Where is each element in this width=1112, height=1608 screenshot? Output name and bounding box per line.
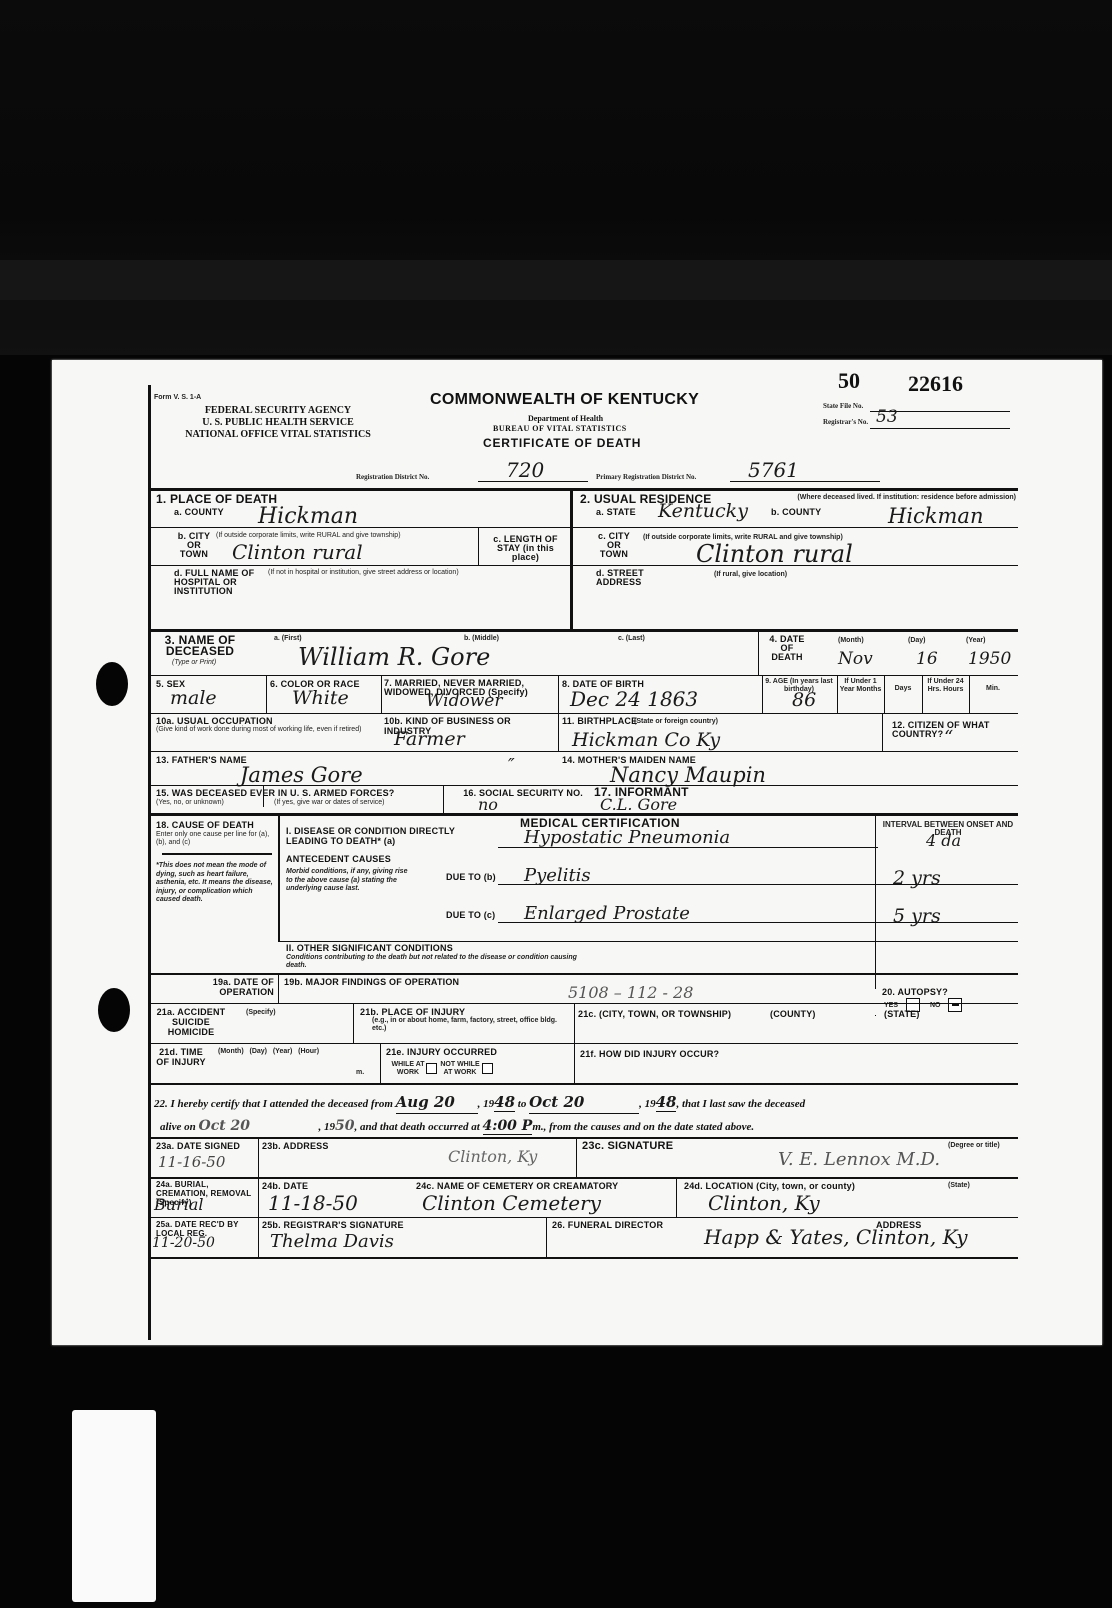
document-title: COMMONWEALTH OF KENTUCKY — [430, 391, 699, 409]
due-to-c-label: DUE TO (c) — [446, 910, 495, 921]
cause-footnote: *This does not mean the mode of dying, s… — [156, 862, 278, 905]
registrar-signature-value: Thelma Davis — [270, 1231, 394, 1252]
not-at-work-checkbox[interactable] — [482, 1063, 493, 1074]
interval-a-value: 4 da — [926, 831, 961, 850]
from-year-value: 48 — [494, 1093, 515, 1112]
pod-county-label: a. COUNTY — [174, 507, 224, 518]
agency-line: FEDERAL SECURITY AGENCY — [148, 405, 408, 417]
pod-hospital-label: d. FULL NAME OF HOSPITAL OR INSTITUTION — [174, 569, 269, 596]
to-year-prefix: , 19 — [639, 1098, 656, 1110]
age-months-label: If Under 1 Year Months — [838, 678, 883, 694]
sex-value: male — [170, 687, 217, 709]
at-work-label: WHILE AT WORK — [388, 1061, 428, 1077]
agency-block: FEDERAL SECURITY AGENCY U. S. PUBLIC HEA… — [148, 405, 408, 441]
pod-hospital-note: (If not in hospital or institution, give… — [268, 569, 558, 577]
other-conditions-label: II. OTHER SIGNIFICANT CONDITIONS — [286, 943, 453, 954]
to-label: to — [518, 1098, 527, 1110]
injury-county-label: (COUNTY) — [770, 1009, 816, 1020]
middle-name-label: b. (Middle) — [464, 635, 499, 643]
armed-forces-label: 15. WAS DECEASED EVER IN U. S. ARMED FOR… — [156, 788, 395, 799]
race-value: White — [292, 687, 349, 709]
time-columns: (Month) (Day) (Year) (Hour) — [218, 1048, 319, 1056]
antecedent-label: ANTECEDENT CAUSES — [286, 854, 391, 865]
res-county-value: Hickman — [888, 504, 983, 528]
cert-text-3: , and that death occurred at — [354, 1121, 479, 1133]
primary-reg-district-value: 5761 — [748, 458, 799, 482]
last-name-label: c. (Last) — [618, 635, 645, 643]
certification-statement: 22. I hereby certify that I attended the… — [154, 1091, 1014, 1138]
attended-to-value: Oct 20 — [529, 1091, 639, 1114]
cert-text-2: , that I last saw the deceased — [676, 1098, 805, 1110]
cause-note: Enter only one cause per line for (a), (… — [156, 831, 276, 847]
operation-date-label: 19a. DATE OF OPERATION — [156, 977, 274, 997]
due-to-b-label: DUE TO (b) — [446, 872, 496, 883]
date-of-death-label: 4. DATE OF DEATH — [766, 635, 808, 662]
reg-district-label: Registration District No. — [356, 473, 429, 481]
dod-month-value: Nov — [838, 649, 873, 669]
cause-line-a-label: I. DISEASE OR CONDITION DIRECTLY LEADING… — [286, 826, 466, 846]
cause-b-value: Pyelitis — [524, 865, 591, 886]
other-conditions-note: Conditions contributing to the death but… — [286, 954, 586, 970]
autopsy-no-checkbox[interactable] — [948, 998, 962, 1012]
certificate-subtitle: CERTIFICATE OF DEATH — [483, 436, 641, 450]
informant-value: C.L. Gore — [600, 795, 677, 814]
dod-day-label: (Day) — [908, 637, 926, 645]
cause-a-value: Hypostatic Pneumonia — [524, 827, 730, 848]
to-year-value: 48 — [656, 1093, 677, 1112]
registrar-no-value: 53 — [876, 407, 898, 427]
burial-state-label: (State) — [948, 1182, 970, 1190]
alive-year-prefix: , 19 — [319, 1121, 336, 1133]
birthplace-note: (State or foreign country) — [634, 718, 718, 726]
ssn-value: no — [478, 795, 498, 814]
pod-city-value: Clinton rural — [232, 540, 363, 564]
interval-b-value: 2 yrs — [893, 867, 941, 889]
burial-location-value: Clinton, Ky — [708, 1191, 820, 1215]
punch-hole-top — [96, 662, 128, 706]
armed-note-2: (If yes, give war or dates of service) — [274, 799, 384, 807]
cause-of-death-label: 18. CAUSE OF DEATH — [156, 820, 254, 831]
first-name-label: a. (First) — [274, 635, 302, 643]
cemetery-value: Clinton Cemetery — [422, 1191, 601, 1215]
accident-label: 21a. ACCIDENT SUICIDE HOMICIDE — [156, 1007, 226, 1037]
age-min-label: Min. — [970, 685, 1016, 693]
injury-state-label: (STATE) — [884, 1009, 920, 1020]
pod-stay-label: c. LENGTH OF STAY (in this place) — [483, 535, 568, 562]
alive-year-value: 50 — [335, 1118, 354, 1134]
time-m: m. — [356, 1069, 364, 1077]
age-hours-label: If Under 24 Hrs. Hours — [923, 678, 968, 694]
cert-text-1: 22. I hereby certify that I attended the… — [154, 1098, 393, 1110]
place-of-injury-note: (e.g., in or about home, farm, factory, … — [372, 1017, 572, 1033]
address-label: 23b. ADDRESS — [262, 1141, 329, 1152]
injury-city-label: 21c. (CITY, TOWN, OR TOWNSHIP) — [578, 1009, 731, 1020]
father-label: 13. FATHER'S NAME — [156, 755, 247, 766]
autopsy-label: 20. AUTOPSY? — [882, 987, 948, 998]
pod-city-note: (If outside corporate limits, write RURA… — [216, 532, 446, 540]
from-year-prefix: , 19 — [478, 1098, 495, 1110]
funeral-director-label: 26. FUNERAL DIRECTOR — [552, 1220, 663, 1231]
punch-hole-bottom — [98, 988, 130, 1032]
cert-text-4: m., from the causes and on the date stat… — [532, 1121, 754, 1133]
name-note: (Type or Print) — [172, 659, 216, 667]
ssn-label: 16. SOCIAL SECURITY NO. — [448, 788, 583, 798]
birthplace-label: 11. BIRTHPLACE — [562, 716, 637, 727]
operation-findings-label: 19b. MAJOR FINDINGS OF OPERATION — [284, 977, 459, 988]
funeral-director-value: Happ & Yates, Clinton, Ky — [704, 1225, 968, 1249]
primary-reg-district-label: Primary Registration District No. — [596, 473, 696, 481]
signature-label: 23c. SIGNATURE — [582, 1141, 673, 1152]
bureau: BUREAU OF VITAL STATISTICS — [493, 424, 627, 433]
accident-specify: (Specify) — [246, 1009, 276, 1017]
how-injury-label: 21f. HOW DID INJURY OCCUR? — [580, 1049, 719, 1060]
state-file-label: State File No. — [823, 402, 863, 410]
deceased-name-value: William R. Gore — [298, 643, 490, 671]
death-time-value: 4:00 P — [483, 1118, 533, 1135]
age-days-label: Days — [885, 685, 921, 693]
operation-findings-value: 5108 – 112 - 28 — [568, 983, 693, 1002]
burial-type-value: Burial — [154, 1195, 203, 1214]
interval-c-value: 5 yrs — [893, 905, 941, 927]
index-tab — [72, 1410, 156, 1602]
date-signed-label: 23a. DATE SIGNED — [156, 1141, 240, 1152]
res-city-label: c. CITY OR TOWN — [596, 532, 632, 559]
not-at-work-label: NOT WHILE AT WORK — [438, 1061, 482, 1077]
dod-year-value: 1950 — [968, 649, 1011, 669]
at-work-checkbox[interactable] — [426, 1063, 437, 1074]
dod-year-label: (Year) — [966, 637, 985, 645]
department: Department of Health — [528, 414, 603, 423]
res-street-note: (If rural, give location) — [714, 571, 787, 579]
degree-label: (Degree or title) — [948, 1142, 1000, 1150]
date-recd-value: 11-20-50 — [152, 1235, 215, 1251]
res-county-label: b. COUNTY — [771, 507, 821, 518]
reg-district-value: 720 — [506, 458, 544, 482]
birthplace-value: Hickman Co Ky — [572, 729, 720, 751]
dod-month-label: (Month) — [838, 637, 864, 645]
registrar-no-label: Registrar's No. — [823, 418, 868, 426]
alive-on-label: alive on — [160, 1121, 196, 1133]
agency-line: NATIONAL OFFICE VITAL STATISTICS — [148, 429, 408, 441]
occupation-note: (Give kind of work done during most of w… — [156, 726, 386, 734]
alive-on-value: Oct 20 — [199, 1115, 319, 1138]
marital-value: Widower — [426, 691, 502, 711]
stamp-prefix: 50 — [838, 368, 860, 394]
business-value: Farmer — [394, 728, 465, 750]
form-number: Form V. S. 1-A — [154, 394, 201, 402]
pod-county-value: Hickman — [258, 504, 358, 529]
father-value: James Gore — [240, 763, 363, 787]
name-of-deceased-label: 3. NAME OF DECEASED — [156, 635, 244, 657]
res-city-value: Clinton rural — [696, 540, 853, 568]
injury-occurred-label: 21e. INJURY OCCURRED — [386, 1047, 497, 1058]
res-state-label: a. STATE — [596, 507, 636, 518]
father-ditto-mark: ″ — [508, 755, 515, 776]
death-certificate-form: Form V. S. 1-A FEDERAL SECURITY AGENCY U… — [148, 385, 1018, 1340]
attended-from-value: Aug 20 — [396, 1091, 478, 1114]
registrar-signature-label: 25b. REGISTRAR'S SIGNATURE — [262, 1220, 404, 1231]
armed-note-1: (Yes, no, or unknown) — [156, 799, 224, 807]
physician-signature: V. E. Lennox M.D. — [778, 1149, 940, 1170]
res-street-label: d. STREET ADDRESS — [596, 569, 656, 587]
burial-date-value: 11-18-50 — [268, 1191, 358, 1215]
mother-value: Nancy Maupin — [610, 763, 766, 787]
cause-c-value: Enlarged Prostate — [524, 903, 690, 924]
date-signed-value: 11-16-50 — [158, 1153, 225, 1171]
age-value: 86 — [792, 689, 816, 711]
dod-day-value: 16 — [916, 649, 938, 669]
res-state-value: Kentucky — [658, 500, 748, 522]
pod-city-label: b. CITY OR TOWN — [174, 532, 214, 559]
scanner-background — [0, 0, 1112, 355]
antecedent-note: Morbid conditions, if any, giving rise t… — [286, 868, 414, 894]
stamp-number: 22616 — [908, 371, 963, 397]
time-of-injury-label: 21d. TIME OF INJURY — [156, 1047, 206, 1067]
agency-line: U. S. PUBLIC HEALTH SERVICE — [148, 417, 408, 429]
citizen-value: “ — [944, 727, 953, 748]
address-value: Clinton, Ky — [448, 1147, 537, 1166]
dob-value: Dec 24 1863 — [570, 687, 698, 711]
residence-note: (Where deceased lived. If institution: r… — [768, 494, 1016, 502]
